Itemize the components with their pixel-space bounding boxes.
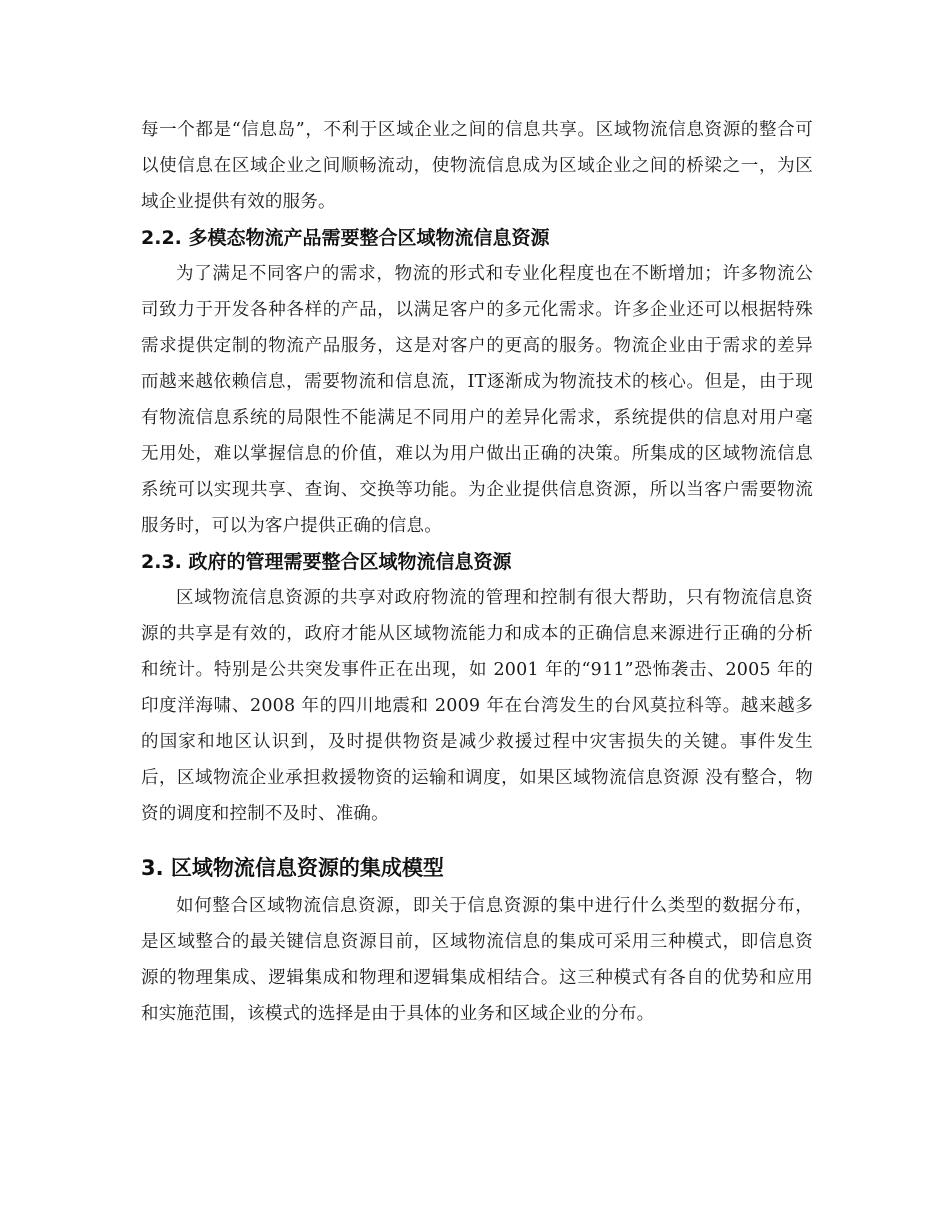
- chapter-heading-3: 3. 区域物流信息资源的集成模型: [141, 848, 813, 888]
- chapter-paragraph-3: 如何整合区域物流信息资源，即关于信息资源的集中进行什么类型的数据分布，是区域整合…: [141, 888, 813, 1032]
- section-paragraph-2-3: 区域物流信息资源的共享对政府物流的管理和控制有很大帮助，只有物流信息资源的共享是…: [141, 580, 813, 832]
- section-paragraph-2-2: 为了满足不同客户的需求，物流的形式和专业化程度也在不断增加；许多物流公司致力于开…: [141, 256, 813, 544]
- document-page: 每一个都是“信息岛”，不利于区域企业之间的信息共享。区域物流信息资源的整合可以使…: [141, 112, 813, 1032]
- continuation-paragraph: 每一个都是“信息岛”，不利于区域企业之间的信息共享。区域物流信息资源的整合可以使…: [141, 112, 813, 220]
- section-heading-2-2: 2.2. 多模态物流产品需要整合区域物流信息资源: [141, 220, 813, 256]
- section-heading-2-3: 2.3. 政府的管理需要整合区域物流信息资源: [141, 544, 813, 580]
